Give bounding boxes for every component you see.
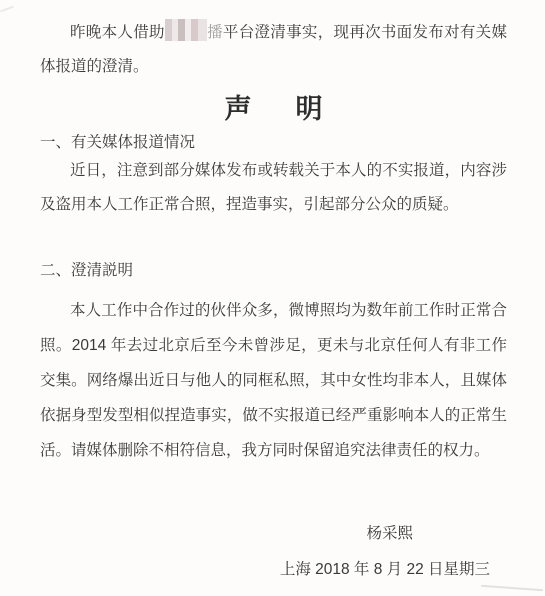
intro-text-after-redaction: 平台澄清事实，现再次书面发布对有关媒 [223, 24, 507, 41]
partially-redacted-char: 播 [207, 24, 223, 41]
section-1-line-2: 及盗用本人工作正常合照，捏造事实，引起部分公众的质疑。 [40, 188, 507, 222]
section-2-line-5: 活。请媒体删除不相符信息，我方同时保留追究法律责任的权力。 [40, 433, 507, 468]
section-2-line-2: 照。2014 年去过北京后至今未曾涉足，更未与北京任何人有非工作 [40, 328, 507, 363]
title-char-left: 声 [225, 94, 252, 124]
section-2-line-1: 本人工作中合作过的伙伴众多，微博照均为数年前工作时正常合 [40, 293, 507, 328]
section-1-paragraph: 近日，注意到部分媒体发布或转载关于本人的不实报道，内容涉 及盗用本人工作正常合照… [40, 154, 507, 222]
redaction-mosaic [165, 19, 207, 41]
title-char-right: 明 [296, 94, 323, 124]
section-2-line-4: 依据身型发型相似捏造事实，做不实报道已经严重影响本人的正常生 [40, 398, 507, 433]
intro-line-1: 昨晚本人借助播平台澄清事实，现再次书面发布对有关媒 [40, 16, 507, 50]
dateline: 上海 2018 年 8 月 22 日星期三 [40, 553, 507, 587]
statement-document: 昨晚本人借助播平台澄清事实，现再次书面发布对有关媒 体报道的澄清。 声明 一、有… [0, 0, 545, 596]
section-2-heading: 二、澄清説明 [40, 254, 507, 288]
intro-paragraph: 昨晚本人借助播平台澄清事实，现再次书面发布对有关媒 体报道的澄清。 [40, 0, 507, 84]
intro-line-2: 体报道的澄清。 [40, 50, 507, 84]
intro-text-before-redaction: 昨晚本人借助 [70, 24, 165, 41]
signature: 杨采熙 [40, 517, 507, 551]
scan-artifact-top-left [0, 6, 14, 13]
statement-title: 声明 [40, 89, 507, 129]
section-2-line-3: 交集。网络爆出近日与他人的同框私照，其中女性均非本人，且媒体 [40, 363, 507, 398]
section-2-paragraph: 本人工作中合作过的伙伴众多，微博照均为数年前工作时正常合 照。2014 年去过北… [40, 293, 507, 468]
scan-artifact-bottom-right [481, 585, 543, 591]
section-1-line-1: 近日，注意到部分媒体发布或转载关于本人的不实报道，内容涉 [40, 154, 507, 188]
